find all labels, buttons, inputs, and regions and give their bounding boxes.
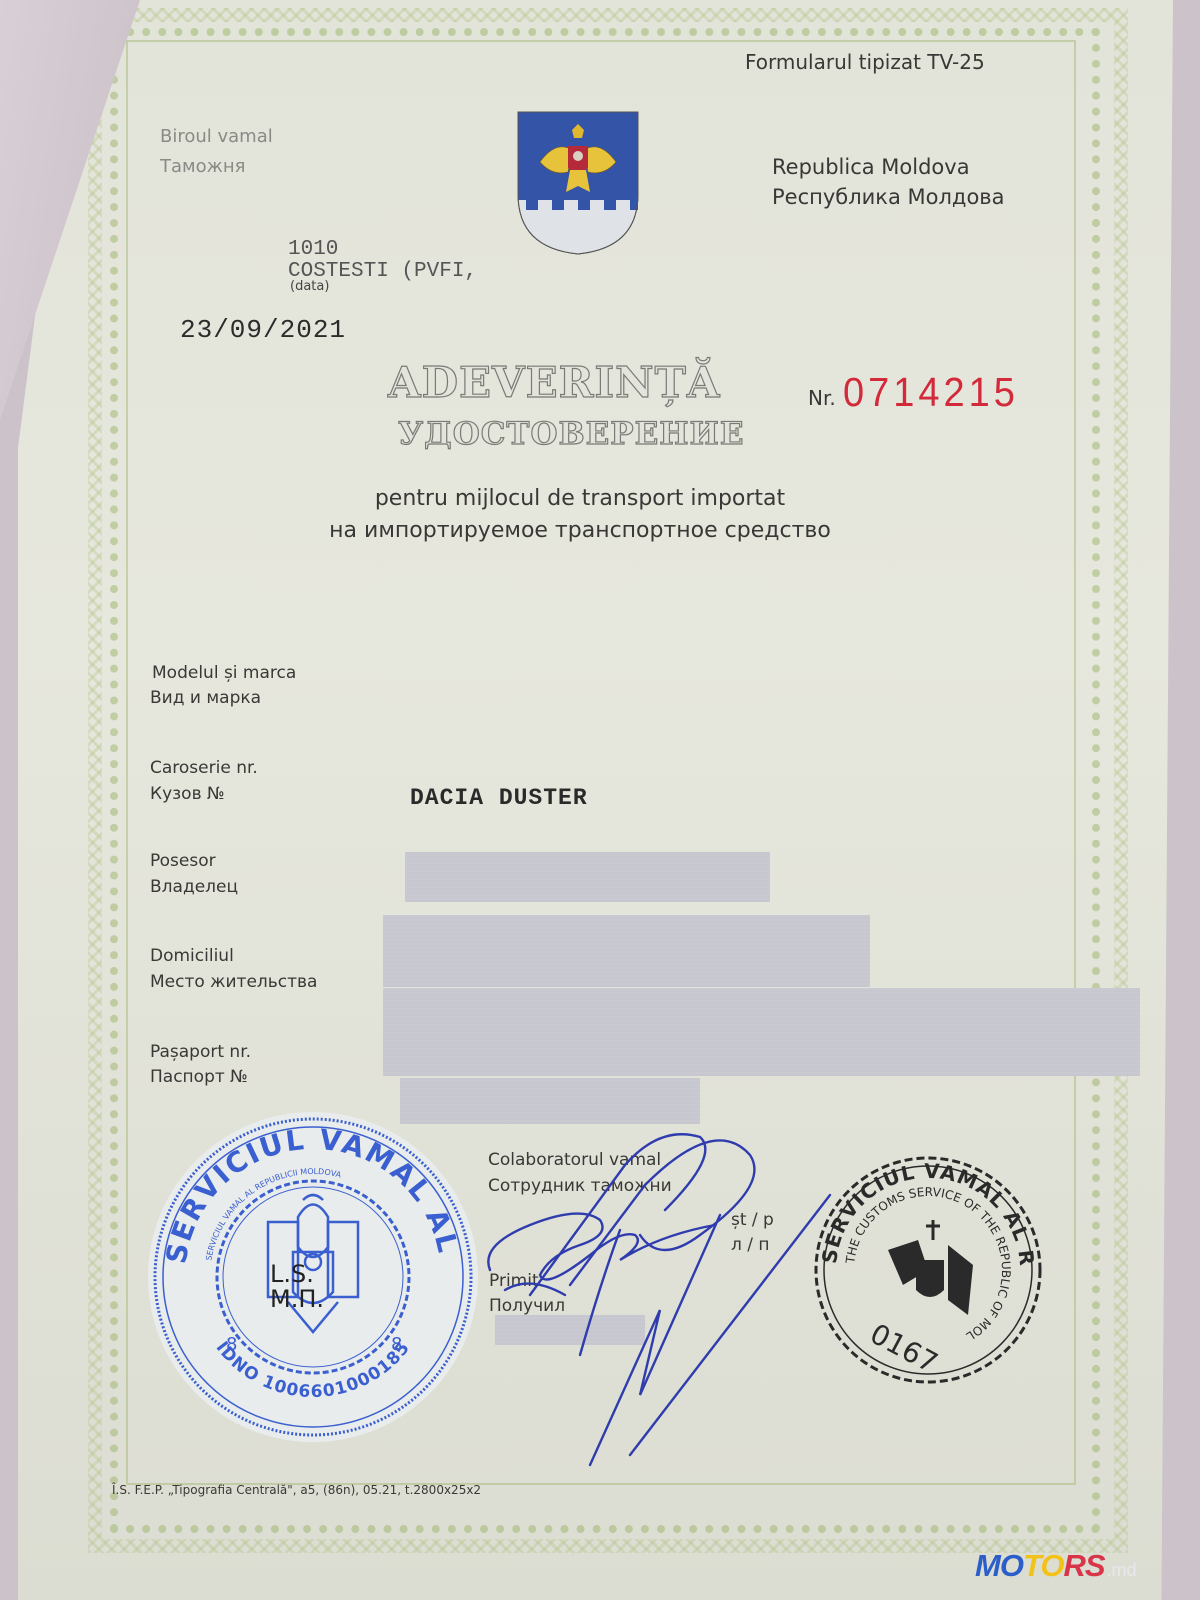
title-ru: УДОСТОВЕРЕНИЕ [398, 416, 744, 452]
brand-part-2: TO [1023, 1548, 1064, 1583]
blue-seal-ring-text: SERVICIUL VAMAL AL REPUBLICII MOLDOVA [148, 1112, 467, 1268]
seal-place-marker: L.S. М.П. [270, 1262, 324, 1312]
subtitle-ru: на импортируемое транспортное средство [0, 518, 1160, 543]
field-address-label-ru: Место жительства [150, 972, 317, 992]
customs-stamp-black: SERVICIUL VAMAL AL REPUBLICII MOLDOVA TH… [808, 1150, 1048, 1390]
brand-part-3: RS [1063, 1548, 1104, 1583]
svg-text:IDNO 1006601000185: IDNO 1006601000185 [212, 1338, 415, 1402]
field-model-label-ro: Modelul și marca [152, 663, 296, 683]
field-owner-label-ro: Posesor [150, 851, 216, 871]
field-body-label-ro: Caroserie nr. [150, 758, 258, 778]
brand-part-1: MO [975, 1548, 1023, 1583]
owner-redaction [405, 852, 770, 902]
seal-place-ru: М.П. [270, 1287, 324, 1312]
address-redaction [383, 915, 870, 987]
serial-number: 0714215 [843, 370, 1019, 416]
office-label-ru: Таможня [160, 156, 245, 177]
field-passport-label-ro: Pașaport nr. [150, 1042, 251, 1062]
field-model-label-ru: Вид и марка [150, 688, 261, 708]
field-body-label-ru: Кузов № [150, 784, 225, 804]
printer-imprint: Î.S. F.E.P. „Tipografia Centrală", a5, (… [112, 1483, 481, 1497]
eagle-emblem-icon [888, 1220, 973, 1315]
issue-date: 23/09/2021 [180, 315, 346, 345]
coat-of-arms-icon [516, 110, 640, 260]
blue-seal-number-right: 8 [391, 1334, 402, 1355]
address-redaction-2 [383, 988, 1140, 1076]
field-address-label-ro: Domiciliul [150, 946, 234, 966]
field-passport-label-ru: Паспорт № [150, 1067, 248, 1087]
brand-suffix: .md [1107, 1560, 1137, 1580]
title-ro: ADEVERINȚĂ [388, 358, 720, 407]
customs-office-code: 1010 [288, 238, 338, 261]
subtitle-ro: pentru mijlocul de transport importat [0, 486, 1160, 511]
serial-number-label: Nr. [808, 386, 836, 410]
blue-seal-idno: IDNO 1006601000185 [212, 1338, 415, 1402]
blue-seal-number-left: 8 [226, 1334, 237, 1355]
field-owner-label-ru: Владелец [150, 877, 238, 897]
svg-text:SERVICIUL VAMAL AL REPUBLICII: SERVICIUL VAMAL AL REPUBLICII MOLDOVA [148, 1112, 467, 1268]
officer-signature [470, 1125, 850, 1489]
seal-place-ro: L.S. [270, 1262, 324, 1287]
motors-md-watermark: MOTORS.md [975, 1548, 1137, 1584]
office-label-ro: Biroul vamal [160, 126, 273, 147]
vehicle-value: DACIA DUSTER [410, 785, 588, 811]
date-caption: (data) [290, 279, 329, 294]
form-type: Formularul tipizat TV-25 [745, 50, 985, 74]
country-ru: Республика Молдова [772, 185, 1005, 209]
country-ro: Republica Moldova [772, 155, 970, 179]
